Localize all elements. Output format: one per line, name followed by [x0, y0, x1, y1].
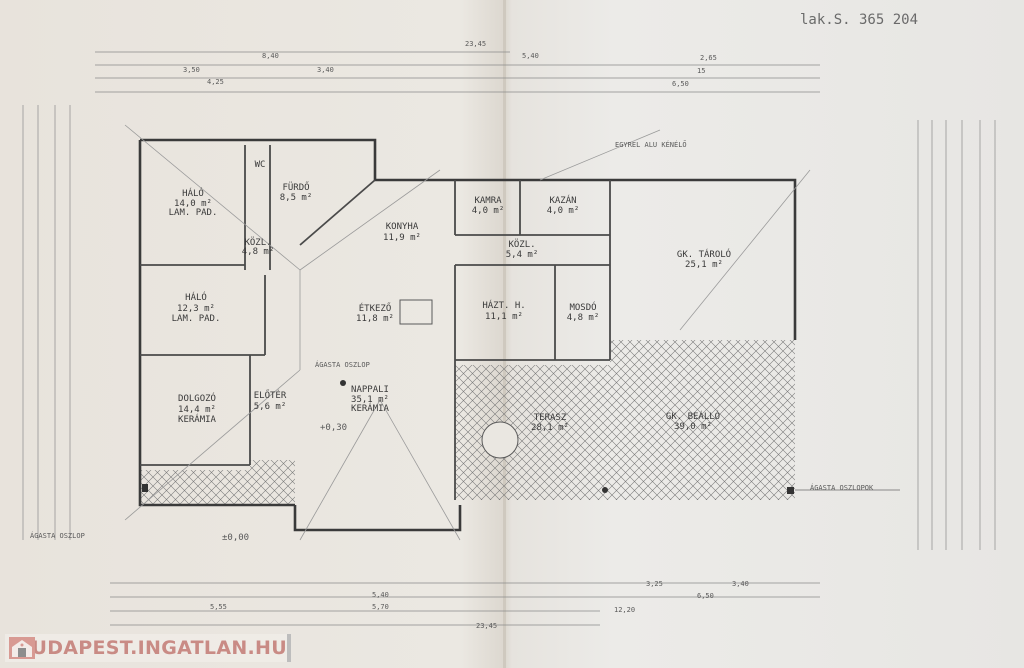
svg-text:2,65: 2,65	[700, 54, 717, 62]
svg-text:3,40: 3,40	[732, 580, 749, 588]
svg-text:15: 15	[697, 67, 705, 75]
watermark-banner: BUDAPEST.INGATLAN.HU	[5, 634, 291, 662]
svg-text:4,25: 4,25	[207, 78, 224, 86]
room-label-gk-beallo: GK. BEÁLLÓ	[666, 410, 720, 422]
room-label-furdo: FÜRDŐ	[282, 182, 309, 193]
room-label-halo-2: HÁLÓ	[185, 291, 207, 303]
room-label-kamra: KAMRA	[474, 196, 502, 206]
floor-plan-drawing: HÁLÓ 14,0 m² LAM. PAD. WC FÜRDŐ 8,5 m² K…	[0, 0, 1024, 668]
level-mark-zero: ±0,00	[222, 533, 249, 543]
svg-text:5,6 m²: 5,6 m²	[254, 402, 287, 412]
svg-text:3,25: 3,25	[646, 580, 663, 588]
terrace-round-table	[482, 422, 518, 458]
dimension-labels: 8,40 23,45 5,40 2,65 15 6,50 4,25 3,50 3…	[183, 40, 749, 630]
room-label-terasz: TERASZ	[534, 413, 567, 423]
svg-text:KERÁMIA: KERÁMIA	[351, 402, 390, 414]
room-label-wc: WC	[255, 160, 266, 170]
svg-text:4,0 m²: 4,0 m²	[547, 206, 580, 216]
svg-text:5,40: 5,40	[522, 52, 539, 60]
room-label-dolgozo: DOLGOZÓ	[178, 392, 216, 404]
roof-note: EGYREL ALU KÉNÉLŐ	[615, 140, 687, 149]
room-label-hazt-h: HÁZT. H.	[482, 299, 525, 311]
room-label-mosdo: MOSDÓ	[569, 301, 596, 313]
svg-text:14,4 m²: 14,4 m²	[178, 405, 216, 415]
svg-text:23,45: 23,45	[465, 40, 486, 48]
column-label-right: ÁGASTA OSZLOPOK	[810, 483, 874, 492]
room-label-gk-tarolo: GK. TÁROLÓ	[677, 248, 731, 260]
svg-text:28,1 m²: 28,1 m²	[531, 423, 569, 433]
svg-text:3,50: 3,50	[183, 66, 200, 74]
watermark-text: BUDAPEST.INGATLAN.HU	[17, 637, 287, 659]
room-label-halo-1: HÁLÓ	[182, 187, 204, 199]
column-marker-right	[787, 487, 794, 494]
svg-text:6,50: 6,50	[672, 80, 689, 88]
svg-text:KERÁMIA: KERÁMIA	[178, 413, 217, 425]
room-label-kazan: KAZÁN	[549, 194, 576, 206]
svg-text:12,3 m²: 12,3 m²	[177, 304, 215, 314]
room-label-konyha: KONYHA	[386, 222, 419, 232]
svg-text:8,40: 8,40	[262, 52, 279, 60]
svg-text:LAM. PAD.: LAM. PAD.	[169, 208, 218, 218]
svg-text:11,1 m²: 11,1 m²	[485, 312, 523, 322]
svg-text:5,4 m²: 5,4 m²	[506, 250, 539, 260]
svg-text:11,8 m²: 11,8 m²	[356, 314, 394, 324]
left-dimension-lines	[23, 105, 70, 540]
column-label-left: ÁGASTA OSZLOP	[30, 531, 85, 540]
svg-text:8,5 m²: 8,5 m²	[280, 193, 313, 203]
terrace-carport-hatch	[455, 340, 795, 500]
svg-text:6,50: 6,50	[697, 592, 714, 600]
svg-text:LAM. PAD.: LAM. PAD.	[172, 314, 221, 324]
house-icon	[9, 637, 11, 659]
svg-text:12,20: 12,20	[614, 606, 635, 614]
svg-text:11,9 m²: 11,9 m²	[383, 233, 421, 243]
level-mark-plus: +0,30	[320, 423, 347, 433]
column-marker-terrace	[602, 487, 608, 493]
svg-text:3,40: 3,40	[317, 66, 334, 74]
svg-text:23,45: 23,45	[476, 622, 497, 630]
column-marker-center	[340, 380, 346, 386]
right-dimension-lines	[918, 120, 995, 550]
handwritten-note: lak.S. 365 204	[800, 12, 918, 28]
room-label-etkezo: ÉTKEZŐ	[359, 302, 392, 314]
room-label-nappali: NAPPALI	[351, 385, 389, 395]
svg-text:5,70: 5,70	[372, 603, 389, 611]
svg-text:25,1 m²: 25,1 m²	[685, 260, 723, 270]
room-label-eloter: ELŐTÉR	[254, 389, 287, 401]
dining-table	[400, 300, 432, 324]
column-marker-left	[142, 484, 148, 492]
svg-text:39,0 m²: 39,0 m²	[674, 422, 712, 432]
svg-text:4,8 m²: 4,8 m²	[242, 247, 275, 257]
svg-text:4,8 m²: 4,8 m²	[567, 313, 600, 323]
svg-text:5,40: 5,40	[372, 591, 389, 599]
room-label-kozl-2: KÖZL.	[508, 239, 535, 250]
svg-text:5,55: 5,55	[210, 603, 227, 611]
svg-text:4,0 m²: 4,0 m²	[472, 206, 505, 216]
entry-hatch	[140, 460, 295, 505]
column-label-center: ÁGASTA OSZLOP	[315, 360, 370, 369]
